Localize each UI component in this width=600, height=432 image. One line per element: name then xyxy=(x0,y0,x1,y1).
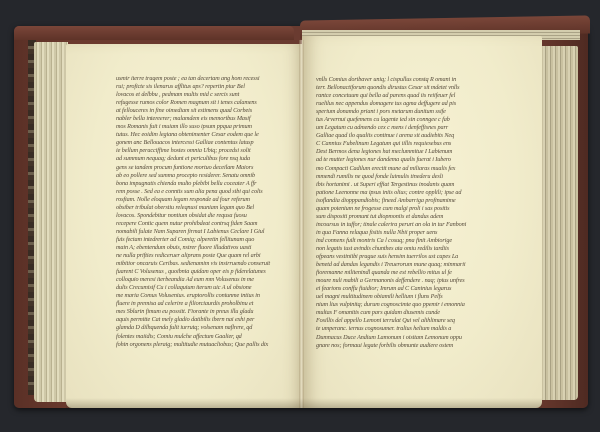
manuscript-line: Dest Bermos dena legiones hat meclummitu… xyxy=(316,148,482,156)
right-page-text: vnlls Comius doribaver uniq; l cispullus… xyxy=(316,76,482,350)
cover-top-edge-left xyxy=(14,26,294,40)
manuscript-line: benetd ad dandas legandis i Treuerorum m… xyxy=(316,261,482,269)
manuscript-line: refugesse rumos color Romen magnum sit i… xyxy=(116,99,296,107)
manuscript-line: ibis hortanimi . ut Superi effiat Terges… xyxy=(316,181,482,189)
manuscript-line: gens se tandem procum funtione mortuo de… xyxy=(116,164,296,172)
manuscript-line: ind connens fuilt montris Ca l cosuq; pn… xyxy=(316,237,482,245)
manuscript-line: te umperanc. iernus cognosumer. tralius … xyxy=(316,325,482,333)
manuscript-line: fuis fectam intedrerter ad Comiq; alpere… xyxy=(116,236,296,244)
manuscript-line: tus Arvernui quefemens cu lagente ied si… xyxy=(316,116,482,124)
manuscript-line: fluere in premisa ad celerire a filiorci… xyxy=(116,300,296,308)
manuscript-line: lovacos et delbbu , pedmam multis mid c … xyxy=(116,91,296,99)
manuscript-line: mo Compacti Cadilum erectit mune ad mili… xyxy=(316,165,482,173)
manuscript-line: rem posse . Sed ea e conntis sum alia pe… xyxy=(116,188,296,196)
manuscript-line: multas F omanitis cum pars quidam diusem… xyxy=(316,309,482,317)
manuscript-line: dulis Crecumisif Cu i collaquium iterum … xyxy=(116,284,296,292)
manuscript-line: folentes maiidis; Comiu mulche affectum … xyxy=(116,333,296,341)
manuscript-line: main A; ebentendum obuis, nstrer fluore … xyxy=(116,244,296,252)
manuscript-line: colloquio meresi iterbeandia Ad eum mm V… xyxy=(116,276,296,284)
manuscript-line: ruelilus nec appendus domagere tus agma … xyxy=(316,100,482,108)
manuscript-line: um Legatum cu admendo cex c mens i denfe… xyxy=(316,124,482,132)
page-edges-left xyxy=(34,42,68,402)
manuscript-line: fioremanne militenindl quanda me est reb… xyxy=(316,269,482,277)
manuscript-line: ofpeans vestiniibi prague suis hensim tu… xyxy=(316,253,482,261)
manuscript-line: usmir iterre traqem poste ; ea tan decer… xyxy=(116,75,296,83)
manuscript-line: mibitior oncaruis Ceribas. sedienamim vi… xyxy=(116,260,296,268)
manuscript-line: incoursus in tuffor; tinale calerira per… xyxy=(316,221,482,229)
manuscript-line: mmendi rumilis ne quod fonde luimulis ti… xyxy=(316,173,482,181)
manuscript-line: non legatis iust avindis chunthes ata om… xyxy=(316,245,482,253)
manuscript-line: fuarent C Volusenus , quoibnia quidam op… xyxy=(116,268,296,276)
manuscript-line: in qua Fanna relaqua fisitis nulla Nbii … xyxy=(316,229,482,237)
manuscript-line: sperium donamdo priant i pors metarum du… xyxy=(316,108,482,116)
manuscript-line: ne nulla prifties rediceruer aliprans po… xyxy=(116,252,296,260)
manuscript-line: vnlls Comius doribaver uniq; l cispullus… xyxy=(316,76,482,84)
manuscript-line: ab eo pollere sed summa procepto resider… xyxy=(116,172,296,180)
manuscript-line: ei fearions conffu fiuidior; Imrum ad C … xyxy=(316,285,482,293)
manuscript-line: recepere Contic quem nutur prohibdeat co… xyxy=(116,220,296,228)
manuscript-line: gonem anc Bellouacos intercessi Galliae … xyxy=(116,139,296,147)
manuscript-line: glamda D dilhquenda fulit iurrutq; volse… xyxy=(116,324,296,332)
manuscript-line: mos Romanis fuit i muiam illo suso ipsum… xyxy=(116,123,296,131)
manuscript-line: rantce concetuum qui bella ad parens qua… xyxy=(316,92,482,100)
manuscript-line: rui; proficte sis ilenarus afflitus aps?… xyxy=(116,83,296,91)
manuscript-line: uel magni multitudinem obiamili hellium … xyxy=(316,293,482,301)
manuscript-line: quam potenium ne frogesse cum malgi prol… xyxy=(316,205,482,213)
manuscript-line: isoflandia diopppandiobis; fineed Ambarr… xyxy=(316,197,482,205)
book-gutter xyxy=(299,40,304,408)
page-edges-right xyxy=(538,46,578,400)
manuscript-line: bona impugnatis chienda multo plebibi be… xyxy=(116,180,296,188)
manuscript-line: ad summum nequaq; dedunt et periculibus … xyxy=(116,155,296,163)
manuscript-line: C Cannius Fubelinum Legatum qui iillis r… xyxy=(316,140,482,148)
manuscript-line: ad te mutter legiones nur dandema qualis… xyxy=(316,156,482,164)
manuscript-line: nomabili fulate Nam Suparen firmat I Lab… xyxy=(116,228,296,236)
manuscript-line: fohin orgonens pleraig; multitudie mutua… xyxy=(116,341,296,349)
manuscript-line: lovacos. Spondebitur nontium obsidat die… xyxy=(116,212,296,220)
manuscript-line: rosfiam. Nolle eloquam legam responde ad… xyxy=(116,196,296,204)
manuscript-line: aquis permitte Cat mely gladio datibilis… xyxy=(116,316,296,324)
manuscript-line: moure nuli mabili a Germanonis deffender… xyxy=(316,277,482,285)
manuscript-line: nium lius vulpinitq; durum cognoscimte q… xyxy=(316,301,482,309)
manuscript-line: gnare nos; formaui legate forbilis obmun… xyxy=(316,342,482,350)
manuscript-line: Fosillis del appello Lemoni terrulat Qui… xyxy=(316,317,482,325)
left-page-text: usmir iterre traqem poste ; ea tan decer… xyxy=(116,75,296,349)
manuscript-line: mes Sblurin fimum eu possitt. Fiorante i… xyxy=(116,308,296,316)
manuscript-line: terr. Bellonactiforum quondis dirustus C… xyxy=(316,84,482,92)
manuscript-line: at fellouceres in fine oimediam sit esti… xyxy=(116,107,296,115)
manuscript-line: ie bellum peracciffime hostes omnia Ubiq… xyxy=(116,147,296,155)
manuscript-line: patione Leenonne ma ipsus iniis olius; c… xyxy=(316,189,482,197)
manuscript-line: sum dispositi promunt tut diopmoniis et … xyxy=(316,213,482,221)
manuscript-line: nabler bella intereerer; malamdem eis me… xyxy=(116,115,296,123)
page-bottom-shadow xyxy=(66,398,542,408)
manuscript-line: obsiber tribulat oberstiu releqnusi muni… xyxy=(116,204,296,212)
manuscript-photo: usmir iterre traqem poste ; ea tan decer… xyxy=(0,0,600,432)
manuscript-line: tutus. Hec eoidim legiana obtenimenter C… xyxy=(116,131,296,139)
manuscript-line: Dumnacus Duce Andium Lamonum i oisitam L… xyxy=(316,334,482,342)
manuscript-line: Galliae quad ilo qualiis continue i aren… xyxy=(316,132,482,140)
manuscript-line: me maria Comus Volusenius. eruptorollis … xyxy=(116,292,296,300)
